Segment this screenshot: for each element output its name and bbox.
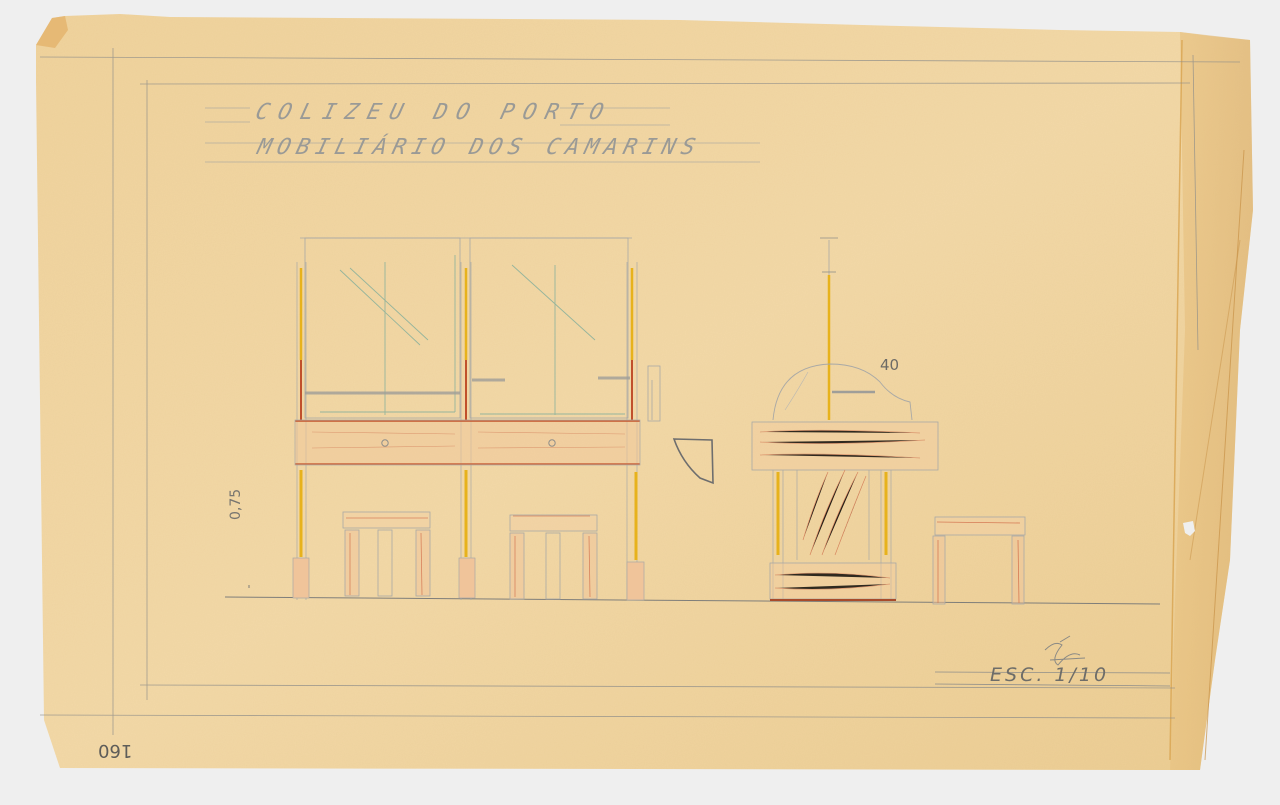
depth-dimension: 40 <box>880 356 899 374</box>
height-dimension: 0,75 <box>228 489 244 520</box>
drawing-sheet: COLIZEU DO PORTO MOBILIÁRIO DOS CAMARINS… <box>0 0 1280 805</box>
scale-label: ESC. 1/10 <box>990 664 1109 686</box>
paper <box>36 14 1253 770</box>
sheet-number: 160 <box>98 740 132 761</box>
title-line-2: MOBILIÁRIO DOS CAMARINS <box>255 135 704 160</box>
title-line-1: COLIZEU DO PORTO <box>253 100 615 125</box>
